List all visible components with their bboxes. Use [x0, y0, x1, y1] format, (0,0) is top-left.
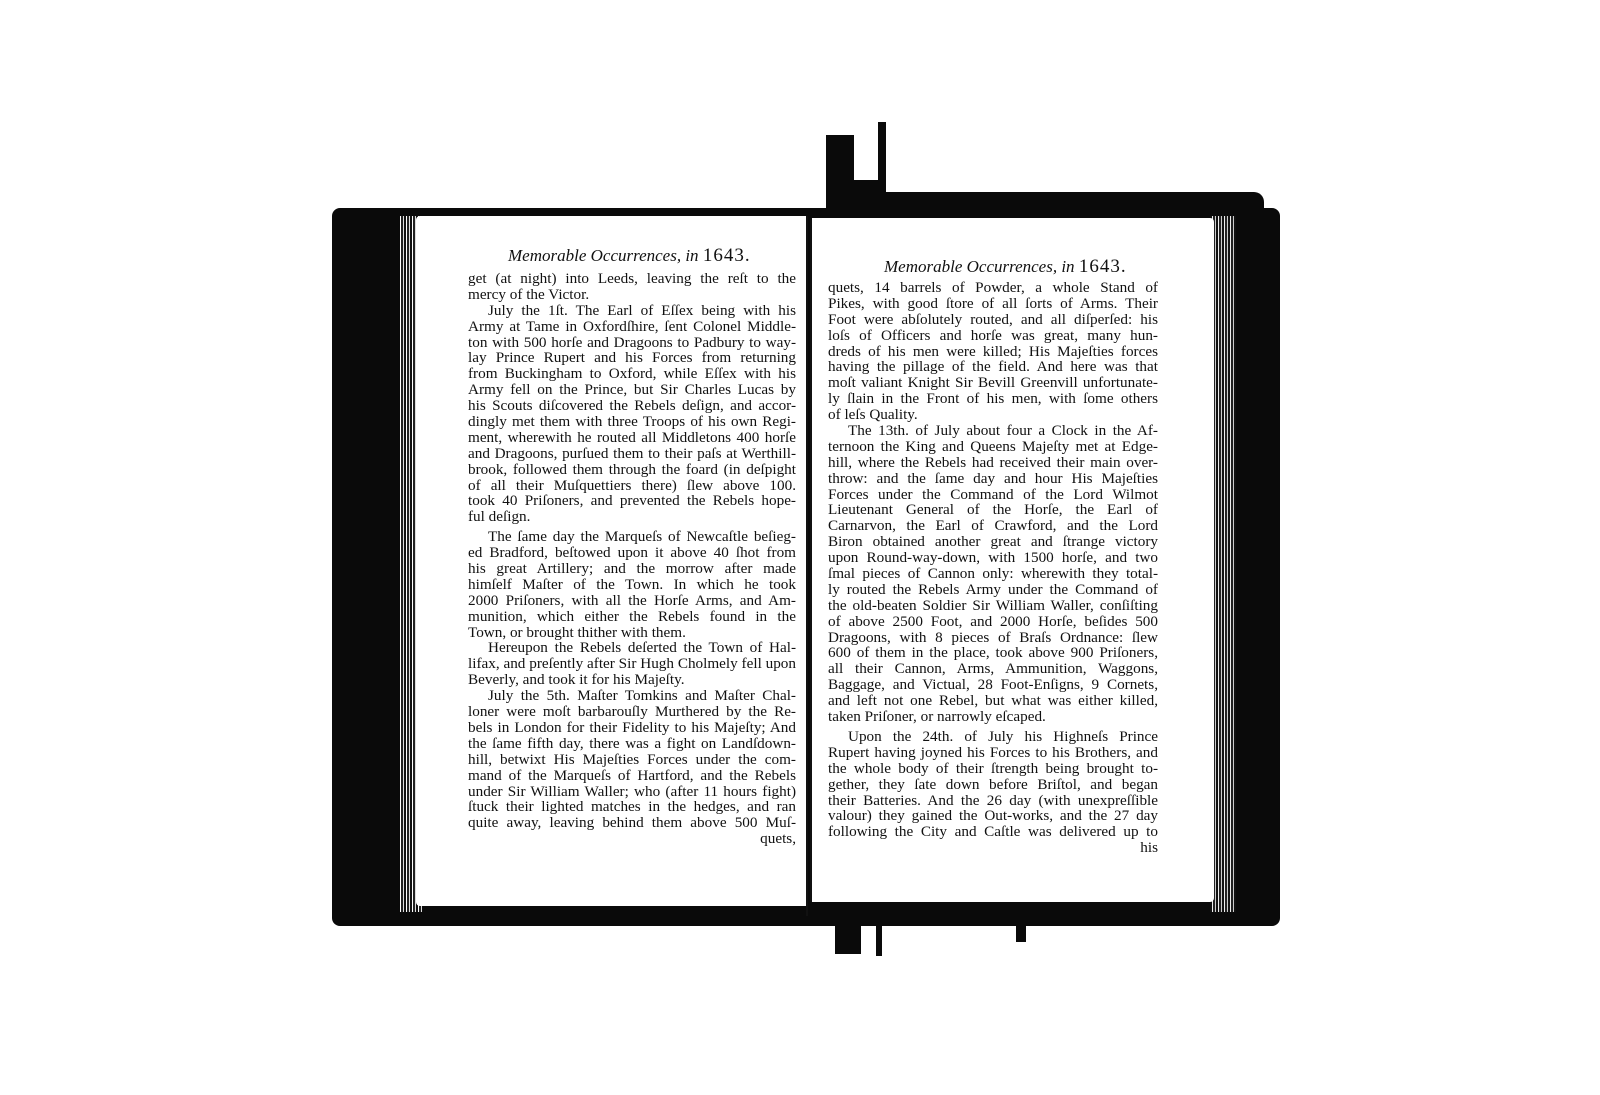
text-line: the ſame fifth day, there was a fight on…: [468, 736, 796, 752]
text-line: ed Bradford, beſtowed upon it above 40 ſ…: [468, 545, 796, 561]
running-head-year: 1643.: [703, 245, 751, 266]
text-line: Army at Tame in Oxfordſhire, ſent Colone…: [468, 319, 796, 335]
text-line: get (at night) into Leeds, leaving the r…: [468, 271, 796, 287]
text-line: munition, which either the Rebels found …: [468, 609, 796, 625]
text-line: Army fell on the Prince, but Sir Charles…: [468, 382, 796, 398]
text-line: dreds of his men were killed; His Majeſt…: [828, 344, 1158, 360]
text-line: brook, followed them through the foard (…: [468, 462, 796, 478]
text-line: throw: and the ſame day and hour His Maj…: [828, 471, 1158, 487]
text-line: Hereupon the Rebels deſerted the Town of…: [468, 640, 796, 656]
text-line: lay Prince Rupert and his Forces from re…: [468, 350, 796, 366]
text-line: his Scouts diſcovered the Rebels deſign,…: [468, 398, 796, 414]
text-line: The ſame day the Marqueſs of Newcaſtle b…: [468, 529, 796, 545]
text-line: The 13th. of July about four a Clock in …: [828, 423, 1158, 439]
text-line: 600 of them in the place, took above 900…: [828, 645, 1158, 661]
catchword: his: [828, 840, 1158, 856]
text-line: Lieutenant General of the Horſe, the Ear…: [828, 502, 1158, 518]
text-line: hill, where the Rebels had received thei…: [828, 455, 1158, 471]
text-line: ternoon the King and Queens Majeſty met …: [828, 439, 1158, 455]
text-line: ful deſign.: [468, 509, 796, 525]
text-line: ſmal pieces of Cannon only: wherewith th…: [828, 566, 1158, 582]
text-line: gether, they ſate down before Briſtol, a…: [828, 777, 1158, 793]
text-line: Carnarvon, the Earl of Crawford, and the…: [828, 518, 1158, 534]
text-line: ly ſlain in the Front of his men, with ſ…: [828, 391, 1158, 407]
text-line: July the 5th. Maſter Tomkins and Maſter …: [468, 688, 796, 704]
text-line: Baggage, and Victual, 28 Foot-Enſigns, 9…: [828, 677, 1158, 693]
text-line: Dragoons, with 8 pieces of Braſs Ordnanc…: [828, 630, 1158, 646]
text-line: their Batteries. And the 26 day (with un…: [828, 793, 1158, 809]
text-line: of all their Muſquettiers there) ſlew ab…: [468, 478, 796, 494]
right-page: Memorable Occurrences, in 1643. quets, 1…: [810, 218, 1214, 902]
text-line: mercy of the Victor.: [468, 287, 796, 303]
text-line: himſelf Maſter of the Town. In which he …: [468, 577, 796, 593]
text-line: from Buckingham to Oxford, while Eſſex w…: [468, 366, 796, 382]
text-line: ton with 500 horſe and Dragoons to Padbu…: [468, 335, 796, 351]
scan-background: Memorable Occurrences, in 1643. get (at …: [0, 0, 1600, 1095]
body-text: quets, 14 barrels of Powder, a whole Sta…: [828, 280, 1158, 856]
text-line: all their Cannon, Arms, Ammunition, Wagg…: [828, 661, 1158, 677]
text-line: having the pillage of the field. And her…: [828, 359, 1158, 375]
text-line: Foot were abſolutely routed, and all diſ…: [828, 312, 1158, 328]
text-line: Biron obtained another great and ſtrange…: [828, 534, 1158, 550]
catchword: quets,: [468, 831, 796, 847]
text-line: took 40 Priſoners, and prevented the Reb…: [468, 493, 796, 509]
text-line: of above 2500 Foot, and 2000 Horſe, beſi…: [828, 614, 1158, 630]
text-line: ment, wherewith he routed all Middletons…: [468, 430, 796, 446]
text-line: July the 1ſt. The Earl of Eſſex being wi…: [468, 303, 796, 319]
text-line: ſtuck their lighted matches in the hedge…: [468, 799, 796, 815]
text-line: quite away, leaving behind them above 50…: [468, 815, 796, 831]
text-line: Pikes, with good ſtore of all ſorts of A…: [828, 296, 1158, 312]
text-line: his great Artillery; and the morrow afte…: [468, 561, 796, 577]
running-head-title: Memorable Occurrences, in: [884, 257, 1075, 276]
text-line: Town, or brought thither with them.: [468, 625, 796, 641]
running-head: Memorable Occurrences, in 1643.: [508, 245, 751, 267]
text-line: Upon the 24th. of July his Highneſs Prin…: [828, 729, 1158, 745]
body-text: get (at night) into Leeds, leaving the r…: [468, 271, 796, 847]
running-head: Memorable Occurrences, in 1643.: [884, 256, 1127, 278]
text-line: and left not one Rebel, but what was eit…: [828, 693, 1158, 709]
text-line: mand of the Marqueſs of Hartford, and th…: [468, 768, 796, 784]
text-line: Beverly, and took it for his Majeſty.: [468, 672, 796, 688]
text-line: moſt valiant Knight Sir Bevill Greenvill…: [828, 375, 1158, 391]
text-line: bels in London for their Fidelity to his…: [468, 720, 796, 736]
text-line: ly routed the Rebels Army under the Comm…: [828, 582, 1158, 598]
text-line: loner were moſt barbarouſly Murthered by…: [468, 704, 796, 720]
gutter-line: [806, 216, 808, 916]
text-line: quets, 14 barrels of Powder, a whole Sta…: [828, 280, 1158, 296]
text-line: upon Round-way-down, with 1500 horſe, an…: [828, 550, 1158, 566]
text-line: under Sir William Waller; who (after 11 …: [468, 784, 796, 800]
text-line: of leſs Quality.: [828, 407, 1158, 423]
text-line: taken Priſoner, or narrowly eſcaped.: [828, 709, 1158, 725]
text-line: following the City and Caſtle was delive…: [828, 824, 1158, 840]
text-line: the whole body of their ſtrength being b…: [828, 761, 1158, 777]
text-line: the old-beaten Soldier Sir William Walle…: [828, 598, 1158, 614]
text-line: loſs of Officers and horſe was great, ma…: [828, 328, 1158, 344]
text-line: dingly met them with three Troops of his…: [468, 414, 796, 430]
left-page: Memorable Occurrences, in 1643. get (at …: [416, 216, 808, 906]
text-line: Forces under the Command of the Lord Wil…: [828, 487, 1158, 503]
text-line: hill, betwixt His Majeſties Forces under…: [468, 752, 796, 768]
text-line: 2000 Priſoners, with all the Horſe Arms,…: [468, 593, 796, 609]
running-head-year: 1643.: [1079, 256, 1127, 277]
running-head-title: Memorable Occurrences, in: [508, 246, 699, 265]
text-line: Rupert having joyned his Forces to his B…: [828, 745, 1158, 761]
text-line: lifax, and preſently after Sir Hugh Chol…: [468, 656, 796, 672]
text-line: and Dragoons, purſued them to their paſs…: [468, 446, 796, 462]
text-line: valour) they gained the Out-works, and t…: [828, 808, 1158, 824]
